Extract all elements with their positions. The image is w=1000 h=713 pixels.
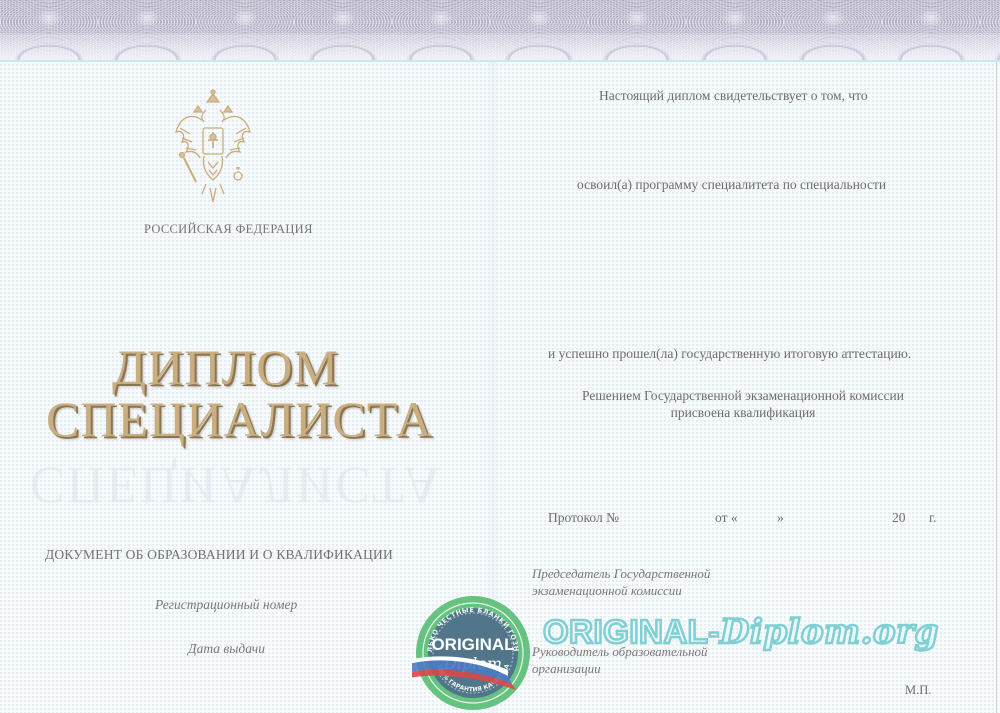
page-edge	[996, 62, 997, 713]
diploma-title-line1: ДИПЛОМ	[112, 338, 339, 396]
registration-number-label: Регистрационный номер	[155, 597, 297, 613]
watermark-site-name: ORIGINAL-Diplom.org	[543, 612, 939, 652]
program-text: освоил(а) программу специалитета по спец…	[577, 177, 886, 193]
protocol-year: 20	[892, 510, 906, 526]
protocol-label: Протокол №	[548, 510, 619, 526]
russian-coat-of-arms-icon	[172, 88, 254, 206]
protocol-year-suffix: г.	[929, 510, 936, 526]
country-name: РОССИЙСКАЯ ФЕДЕРАЦИЯ	[144, 222, 313, 237]
qualification-text: Решением Государственной экзаменационной…	[568, 387, 918, 421]
protocol-date-close: »	[777, 510, 784, 526]
chairman-label: Председатель Государственной экзаменацио…	[532, 565, 732, 599]
issue-date-label: Дата выдачи	[188, 641, 265, 657]
guilloche-border	[0, 0, 1000, 62]
title-reflection: СПЕЦИАЛИСТА	[30, 455, 443, 514]
diploma-title-line2: СПЕЦИАЛИСТА	[46, 390, 433, 448]
protocol-date-open: от «	[715, 510, 738, 526]
attestation-text: и успешно прошел(ла) государственную ито…	[548, 346, 911, 362]
watermark-prefix: ORIGINAL-	[543, 613, 720, 650]
certifies-text: Настоящий диплом свидетельствует о том, …	[599, 88, 868, 104]
document-type: ДОКУМЕНТ ОБ ОБРАЗОВАНИИ И О КВАЛИФИКАЦИИ	[45, 547, 393, 563]
seal-place-label: М.П.	[905, 683, 931, 698]
watermark-script: Diplom.org	[720, 612, 939, 652]
original-diplom-seal-icon: ТОЛЬКО ЧЕСТНЫЕ БЛАНКИ ГОЗНАК 100% ГАРАНТ…	[412, 592, 534, 713]
border-line	[0, 60, 1000, 62]
svg-text:ORIGINAL: ORIGINAL	[431, 635, 514, 654]
